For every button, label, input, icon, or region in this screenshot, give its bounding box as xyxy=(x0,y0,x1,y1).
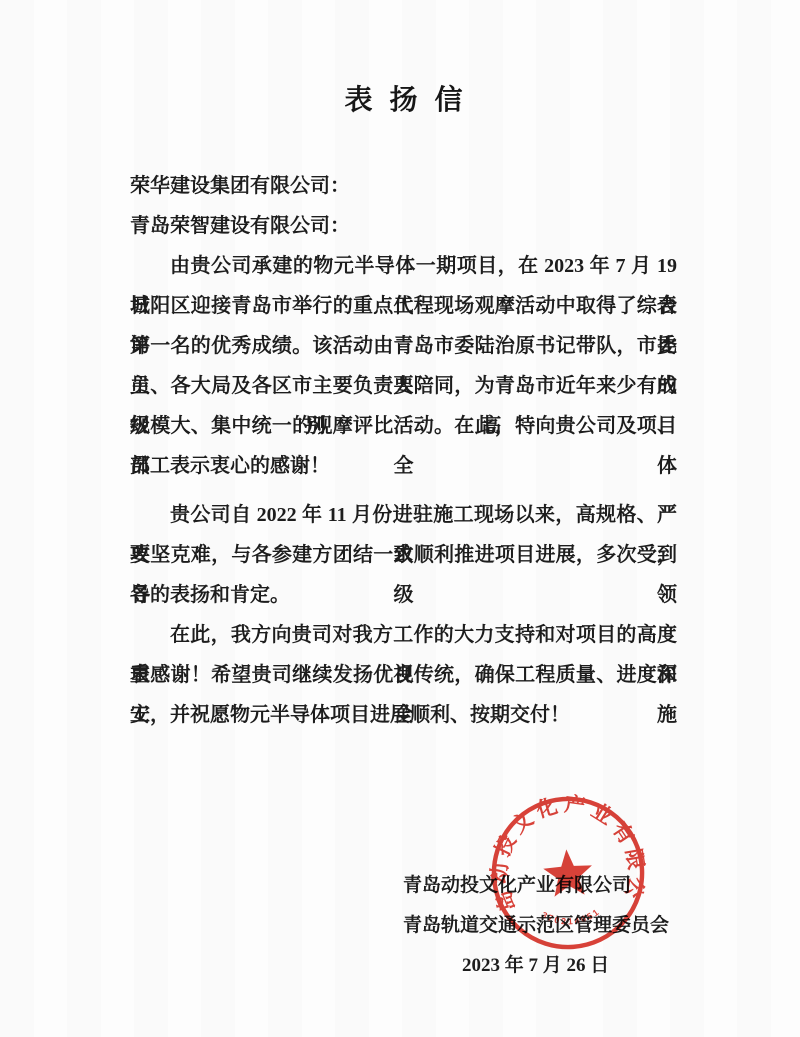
text-line: 表感谢！希望贵司继续发扬优良传统，确保工程质量、进度和安全施 xyxy=(130,655,677,695)
star-icon xyxy=(542,848,594,898)
commendation-letter: 表 扬 信 荣华建设集团有限公司：青岛荣智建设有限公司： 由贵公司承建的物元半导… xyxy=(0,0,800,1037)
letter-page: 表 扬 信 荣华建设集团有限公司：青岛荣智建设有限公司： 由贵公司承建的物元半导… xyxy=(0,0,800,1037)
list-item: 荣华建设集团有限公司： xyxy=(130,166,677,206)
text-line: 由贵公司承建的物元半导体一期项目，在 2023 年 7 月 19 日代表 xyxy=(130,246,677,286)
seal-number: 370214051 xyxy=(539,906,603,929)
paragraph: 由贵公司承建的物元半导体一期项目，在 2023 年 7 月 19 日代表城阳区迎… xyxy=(130,246,677,486)
text-line: 员、各大局及各区市主要负责人陪同，为青岛市近年来少有的级别高、 xyxy=(130,366,677,406)
letter-body: 由贵公司承建的物元半导体一期项目，在 2023 年 7 月 19 日代表城阳区迎… xyxy=(130,246,677,735)
paragraph: 在此，我方向贵司对我方工作的大力支持和对项目的高度重视深表感谢！希望贵司继续发扬… xyxy=(130,615,677,735)
text-line: 贵公司自 2022 年 11 月份进驻施工现场以来，高规格、严要求， xyxy=(130,495,677,535)
text-line: 攻坚克难，与各参建方团结一致顺利推进项目进展，多次受到各级领 xyxy=(130,535,677,575)
company-seal: 青岛动投文化产业有限公司 370214051 xyxy=(484,789,653,958)
text-line: 城阳区迎接青岛市举行的重点工程现场观摩活动中取得了综合评比 xyxy=(130,286,677,326)
letter-title: 表 扬 信 xyxy=(130,82,677,120)
list-item: 青岛荣智建设有限公司： xyxy=(130,206,677,246)
paragraph: 贵公司自 2022 年 11 月份进驻施工现场以来，高规格、严要求，攻坚克难，与… xyxy=(130,495,677,615)
text-line: 在此，我方向贵司对我方工作的大力支持和对项目的高度重视深 xyxy=(130,615,677,655)
text-line: 第一名的优秀成绩。该活动由青岛市委陆治原书记带队，市委主要成 xyxy=(130,326,677,366)
recipients: 荣华建设集团有限公司：青岛荣智建设有限公司： xyxy=(130,166,677,246)
text-line: 规模大、集中统一的观摩评比活动。在此，特向贵公司及项目部全体 xyxy=(130,406,677,446)
